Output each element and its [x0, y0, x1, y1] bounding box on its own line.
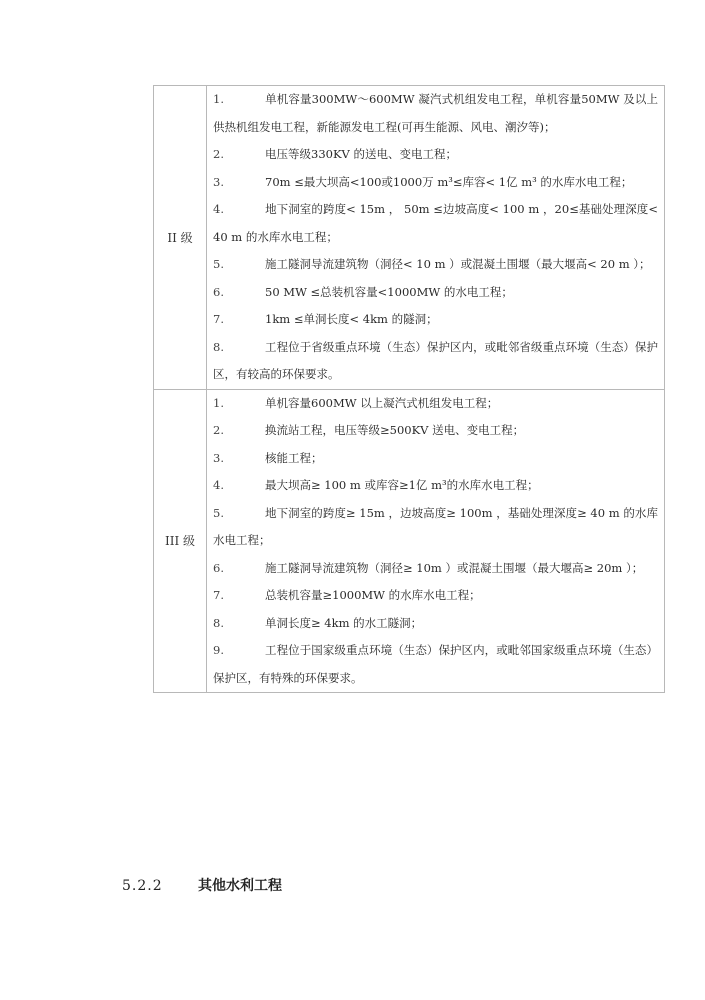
item-text: 核能工程； — [265, 451, 323, 465]
item-text: 70m ≤最大坝高<100或1000万 m³≤库容< 1亿 m³ 的水库水电工程… — [265, 175, 632, 189]
list-item: 4.最大坝高≥ 100 m 或库容≥1亿 m³的水库水电工程； — [213, 472, 658, 500]
grade-label: II 级 — [154, 86, 207, 390]
list-item: 5.施工隧洞导流建筑物（洞径< 10 m ）或混凝土围堰（最大堰高< 20 m … — [213, 251, 658, 279]
item-number: 4. — [213, 472, 265, 500]
section-heading: 5.2.2其他水利工程 — [122, 875, 282, 895]
list-item: 1.单机容量300MW～600MW 凝汽式机组发电工程，单机容量50MW 及以上… — [213, 86, 658, 141]
item-text: 单机容量300MW～600MW 凝汽式机组发电工程，单机容量50MW 及以上供热… — [213, 92, 658, 134]
table-row-grade-iii: III 级 1.单机容量600MW 以上凝汽式机组发电工程； 2.换流站工程，电… — [154, 389, 665, 693]
item-number: 2. — [213, 141, 265, 169]
list-item: 5.地下洞室的跨度≥ 15m ，边坡高度≥ 100m ，基础处理深度≥ 40 m… — [213, 500, 658, 555]
item-number: 1. — [213, 86, 265, 114]
list-item: 3.核能工程； — [213, 445, 658, 473]
item-text: 施工隧洞导流建筑物（洞径≥ 10m ）或混凝土围堰（最大堰高≥ 20m ）； — [265, 561, 643, 575]
item-text: 地下洞室的跨度≥ 15m ，边坡高度≥ 100m ，基础处理深度≥ 40 m 的… — [213, 506, 658, 548]
list-item: 7.总装机容量≥1000MW 的水库水电工程； — [213, 582, 658, 610]
list-item: 8.工程位于省级重点环境（生态）保护区内，或毗邻省级重点环境（生态）保护区，有较… — [213, 334, 658, 389]
item-text: 总装机容量≥1000MW 的水库水电工程； — [265, 588, 481, 602]
item-text: 地下洞室的跨度< 15m ， 50m ≤边坡高度< 100 m ，20≤基础处理… — [213, 202, 658, 244]
list-item: 3.70m ≤最大坝高<100或1000万 m³≤库容< 1亿 m³ 的水库水电… — [213, 169, 658, 197]
item-text: 50 MW ≤总装机容量<1000MW 的水电工程； — [265, 285, 513, 299]
list-item: 2.电压等级330KV 的送电、变电工程； — [213, 141, 658, 169]
item-number: 2. — [213, 417, 265, 445]
list-item: 1.单机容量600MW 以上凝汽式机组发电工程； — [213, 390, 658, 418]
item-number: 9. — [213, 637, 265, 665]
list-item: 4.地下洞室的跨度< 15m ， 50m ≤边坡高度< 100 m ，20≤基础… — [213, 196, 658, 251]
item-number: 5. — [213, 500, 265, 528]
item-number: 6. — [213, 555, 265, 583]
item-text: 工程位于省级重点环境（生态）保护区内，或毗邻省级重点环境（生态）保护区，有较高的… — [213, 340, 658, 382]
list-item: 7.1km ≤单洞长度< 4km 的隧洞； — [213, 306, 658, 334]
item-number: 8. — [213, 334, 265, 362]
item-text: 电压等级330KV 的送电、变电工程； — [265, 147, 457, 161]
list-item: 9.工程位于国家级重点环境（生态）保护区内，或毗邻国家级重点环境（生态）保护区，… — [213, 637, 658, 692]
item-text: 1km ≤单洞长度< 4km 的隧洞； — [265, 312, 438, 326]
list-item: 6.50 MW ≤总装机容量<1000MW 的水电工程； — [213, 279, 658, 307]
section-title: 其他水利工程 — [198, 878, 282, 894]
list-item: 2.换流站工程，电压等级≥500KV 送电、变电工程； — [213, 417, 658, 445]
project-grade-table: II 级 1.单机容量300MW～600MW 凝汽式机组发电工程，单机容量50M… — [153, 85, 665, 693]
item-number: 3. — [213, 169, 265, 197]
section-number: 5.2.2 — [122, 878, 198, 894]
grade-items: 1.单机容量600MW 以上凝汽式机组发电工程； 2.换流站工程，电压等级≥50… — [207, 389, 665, 693]
grade-items: 1.单机容量300MW～600MW 凝汽式机组发电工程，单机容量50MW 及以上… — [207, 86, 665, 390]
item-text: 最大坝高≥ 100 m 或库容≥1亿 m³的水库水电工程； — [265, 478, 539, 492]
item-text: 工程位于国家级重点环境（生态）保护区内，或毗邻国家级重点环境（生态）保护区，有特… — [213, 643, 658, 685]
item-number: 3. — [213, 445, 265, 473]
item-number: 8. — [213, 610, 265, 638]
item-number: 6. — [213, 279, 265, 307]
item-number: 4. — [213, 196, 265, 224]
item-text: 换流站工程，电压等级≥500KV 送电、变电工程； — [265, 423, 524, 437]
item-text: 施工隧洞导流建筑物（洞径< 10 m ）或混凝土围堰（最大堰高< 20 m ）； — [265, 257, 651, 271]
list-item: 8.单洞长度≥ 4km 的水工隧洞； — [213, 610, 658, 638]
list-item: 6.施工隧洞导流建筑物（洞径≥ 10m ）或混凝土围堰（最大堰高≥ 20m ）； — [213, 555, 658, 583]
table-row-grade-ii: II 级 1.单机容量300MW～600MW 凝汽式机组发电工程，单机容量50M… — [154, 86, 665, 390]
item-number: 7. — [213, 306, 265, 334]
item-number: 7. — [213, 582, 265, 610]
item-number: 5. — [213, 251, 265, 279]
item-text: 单洞长度≥ 4km 的水工隧洞； — [265, 616, 422, 630]
item-text: 单机容量600MW 以上凝汽式机组发电工程； — [265, 396, 498, 410]
item-number: 1. — [213, 390, 265, 418]
grade-label: III 级 — [154, 389, 207, 693]
